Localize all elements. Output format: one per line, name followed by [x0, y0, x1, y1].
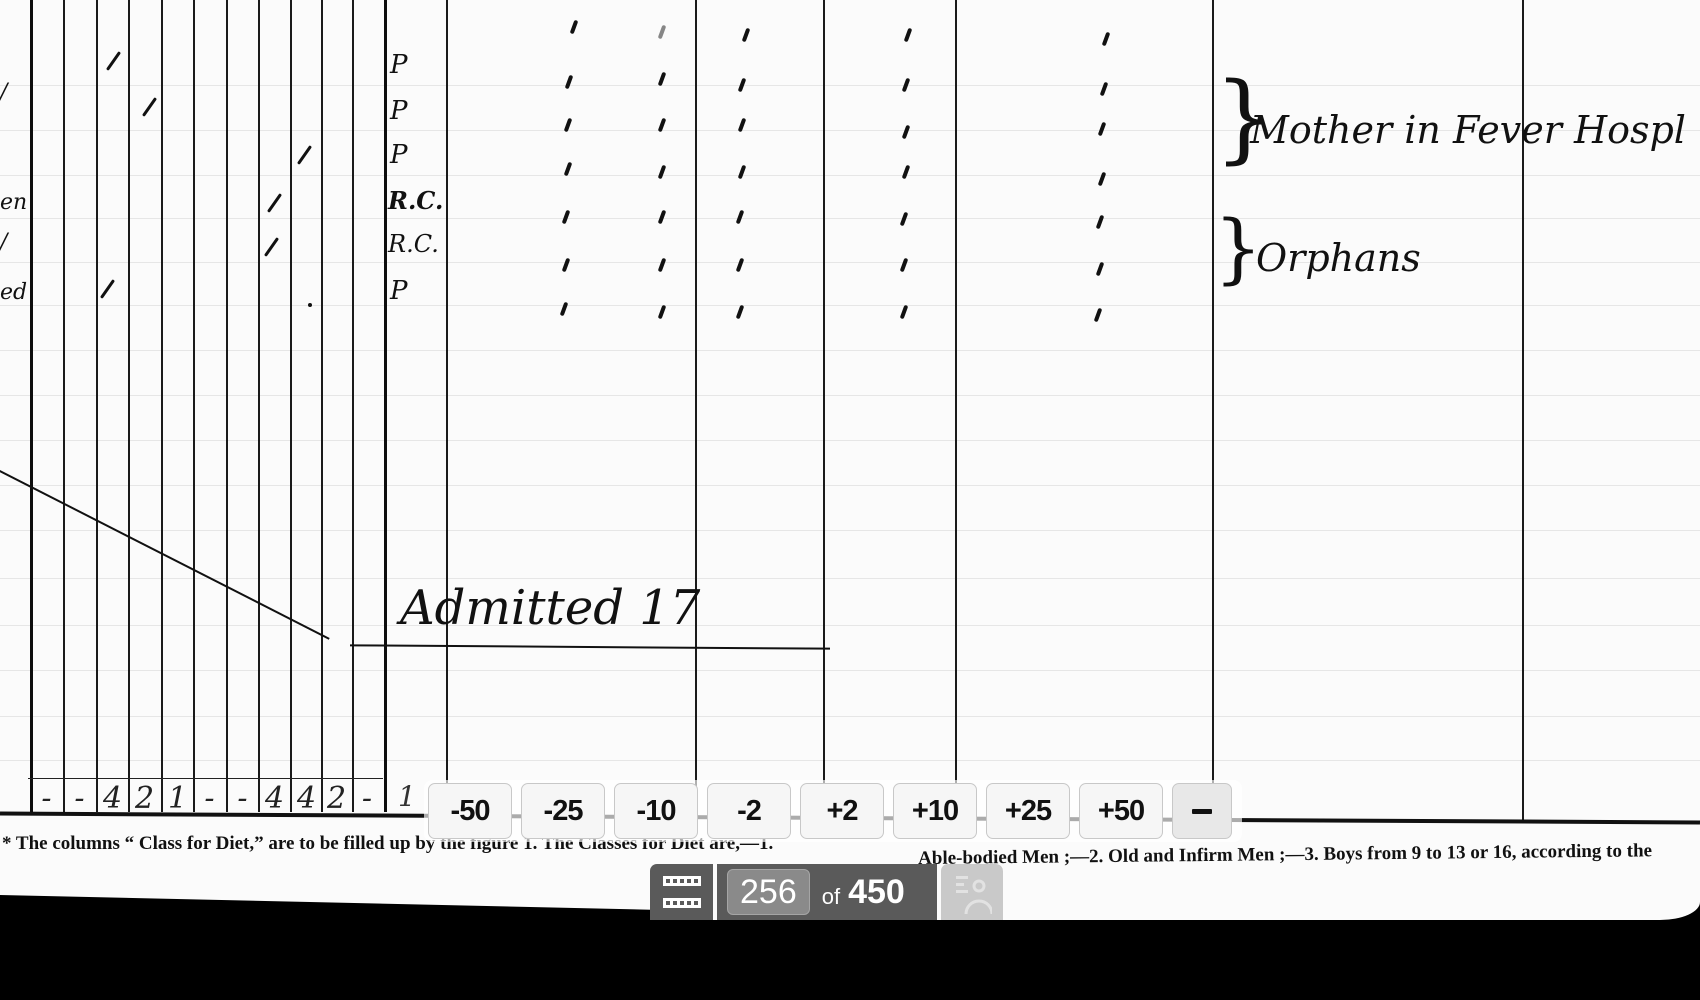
- ditto-mark: [736, 258, 745, 273]
- admitted-note: Admitted 17: [400, 580, 700, 636]
- ruled-line: [0, 262, 1700, 263]
- current-page-input[interactable]: 256: [727, 869, 810, 915]
- remark-text: Orphans: [1256, 236, 1421, 280]
- step-back-25-button[interactable]: -25: [521, 783, 605, 839]
- ditto-mark: [1098, 172, 1107, 187]
- tally-mark: [142, 97, 157, 117]
- collapse-step-bar-button[interactable]: [1172, 783, 1232, 839]
- religion-entry: P: [390, 140, 408, 170]
- ruled-line: [0, 305, 1700, 306]
- ink-dot: [308, 303, 312, 307]
- religion-entry: P: [390, 276, 408, 306]
- navigation-step-bar: -50 -25 -10 -2 +2 +10 +25 +50: [424, 780, 1242, 842]
- column-line: [384, 0, 387, 812]
- ditto-mark: [658, 25, 667, 40]
- ruled-line: [0, 395, 1700, 396]
- ruled-line: [0, 218, 1700, 219]
- religion-entry: P: [390, 50, 408, 80]
- column-line: [193, 0, 195, 812]
- record-index-icon: [952, 870, 992, 914]
- filmstrip-button[interactable]: [650, 864, 717, 920]
- column-line: [63, 0, 65, 812]
- partial-mark: ed: [0, 280, 27, 305]
- ditto-mark: [560, 302, 569, 317]
- ditto-mark: [900, 212, 909, 227]
- filmstrip-icon: [662, 875, 702, 909]
- ditto-mark: [742, 28, 751, 43]
- page-indicator: 256 of 450: [717, 864, 937, 920]
- ruled-line: [0, 670, 1700, 671]
- ditto-mark: [658, 210, 667, 225]
- step-back-2-button[interactable]: -2: [707, 783, 791, 839]
- ditto-mark: [736, 210, 745, 225]
- column-line: [161, 0, 163, 812]
- tally-mark: [100, 279, 115, 299]
- ditto-mark: [658, 165, 667, 180]
- ruled-line: [0, 350, 1700, 351]
- step-forward-25-button[interactable]: +25: [986, 783, 1070, 839]
- partial-mark: /: [0, 230, 7, 255]
- ditto-mark: [1096, 262, 1105, 277]
- ditto-mark: [904, 28, 913, 43]
- step-back-50-button[interactable]: -50: [428, 783, 512, 839]
- column-line: [352, 0, 354, 812]
- minus-icon: [1192, 809, 1212, 814]
- ditto-mark: [738, 165, 747, 180]
- ruled-line: [0, 625, 1700, 626]
- ditto-mark: [1100, 82, 1109, 97]
- underline: [350, 644, 830, 649]
- ditto-mark: [902, 165, 911, 180]
- ditto-mark: [736, 305, 745, 320]
- ditto-mark: [658, 305, 667, 320]
- ditto-mark: [562, 258, 571, 273]
- ditto-mark: [1098, 122, 1107, 137]
- ditto-mark: [900, 305, 909, 320]
- column-line: [695, 0, 697, 800]
- ruled-line: [0, 760, 1700, 761]
- column-line: [823, 0, 825, 800]
- column-line: [30, 0, 33, 812]
- tally-mark: [297, 145, 312, 165]
- column-line: [128, 0, 130, 812]
- tally-mark: [106, 51, 121, 71]
- image-pager: 256 of 450: [650, 864, 1003, 920]
- ditto-mark: [658, 258, 667, 273]
- ruled-line: [0, 578, 1700, 579]
- column-line: [290, 0, 292, 812]
- ditto-mark: [1096, 215, 1105, 230]
- partial-mark: /: [0, 80, 7, 105]
- column-line: [955, 0, 957, 800]
- column-line: [96, 0, 98, 812]
- partial-mark: en: [0, 190, 27, 215]
- ditto-mark: [565, 75, 574, 90]
- ruled-line: [0, 485, 1700, 486]
- ditto-mark: [902, 125, 911, 140]
- ditto-mark: [1102, 32, 1111, 47]
- column-line: [258, 0, 260, 812]
- footer-note-right: Able-bodied Men ;—2. Old and Infirm Men …: [918, 840, 1652, 870]
- tally-mark: [264, 237, 279, 257]
- ruled-line: [0, 716, 1700, 717]
- diagonal-strike-line: [0, 470, 330, 640]
- step-back-10-button[interactable]: -10: [614, 783, 698, 839]
- tally-mark: [267, 193, 282, 213]
- remark-text: Mother in Fever Hospl: [1250, 108, 1686, 152]
- total-pages: 450: [848, 873, 905, 912]
- ruled-line: [0, 85, 1700, 86]
- ditto-mark: [1094, 308, 1103, 323]
- step-forward-10-button[interactable]: +10: [893, 783, 977, 839]
- total-extra: 1: [398, 780, 416, 813]
- column-line: [226, 0, 228, 812]
- ditto-mark: [570, 20, 579, 35]
- ruled-line: [0, 175, 1700, 176]
- of-label: of: [822, 884, 840, 910]
- step-forward-50-button[interactable]: +50: [1079, 783, 1163, 839]
- ruled-line: [0, 530, 1700, 531]
- religion-entry: R.C.: [388, 186, 443, 215]
- ditto-mark: [562, 210, 571, 225]
- ditto-mark: [900, 258, 909, 273]
- column-line: [321, 0, 323, 812]
- religion-entry: P: [390, 96, 408, 126]
- step-forward-2-button[interactable]: +2: [800, 783, 884, 839]
- religion-entry: R.C.: [388, 230, 439, 258]
- ruled-line: [0, 440, 1700, 441]
- column-line: [446, 0, 448, 800]
- record-index-button[interactable]: [941, 864, 1003, 920]
